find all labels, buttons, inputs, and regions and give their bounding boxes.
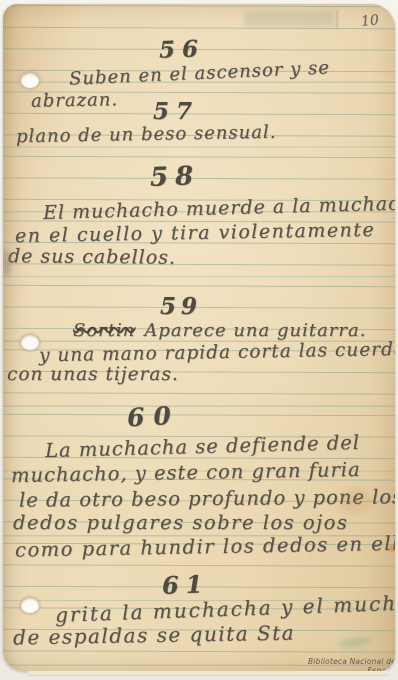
faint-stamp [244, 11, 334, 26]
paper-stain [339, 488, 373, 514]
paper-stain-dot [388, 545, 395, 552]
punch-hole [21, 335, 39, 350]
handwritten-line: de sus cabellos. [8, 245, 176, 268]
page-number: 10 [360, 12, 379, 30]
handwritten-line: dedos pulgares sobre los ojos [13, 511, 348, 534]
handwritten-line: con unas tijeras. [7, 364, 179, 385]
scene-number: 57 [153, 98, 199, 125]
scene-number: 59 [160, 293, 202, 320]
scene-number: 58 [149, 161, 200, 193]
handwritten-line: abrazan. [31, 89, 118, 112]
punch-hole [21, 598, 39, 613]
faint-stamp-bar [336, 10, 338, 29]
punch-hole [21, 73, 39, 88]
handwritten-line: de espaldas se quita Sta [13, 621, 295, 650]
library-watermark: Biblioteca Nacional de España [284, 657, 395, 671]
scene-number: 61 [162, 569, 210, 600]
handwritten-text: Aparece una guitarra. [144, 320, 366, 341]
struck-word: Sortin [73, 320, 135, 341]
notebook-page: 10 56 Suben en el ascensor y se abrazan.… [3, 4, 395, 671]
handwritten-line: SortinAparece una guitarra. [73, 320, 366, 341]
scene-number: 56 [159, 35, 206, 64]
scene-number: 60 [126, 401, 180, 433]
sheet-under-edge [28, 671, 388, 675]
